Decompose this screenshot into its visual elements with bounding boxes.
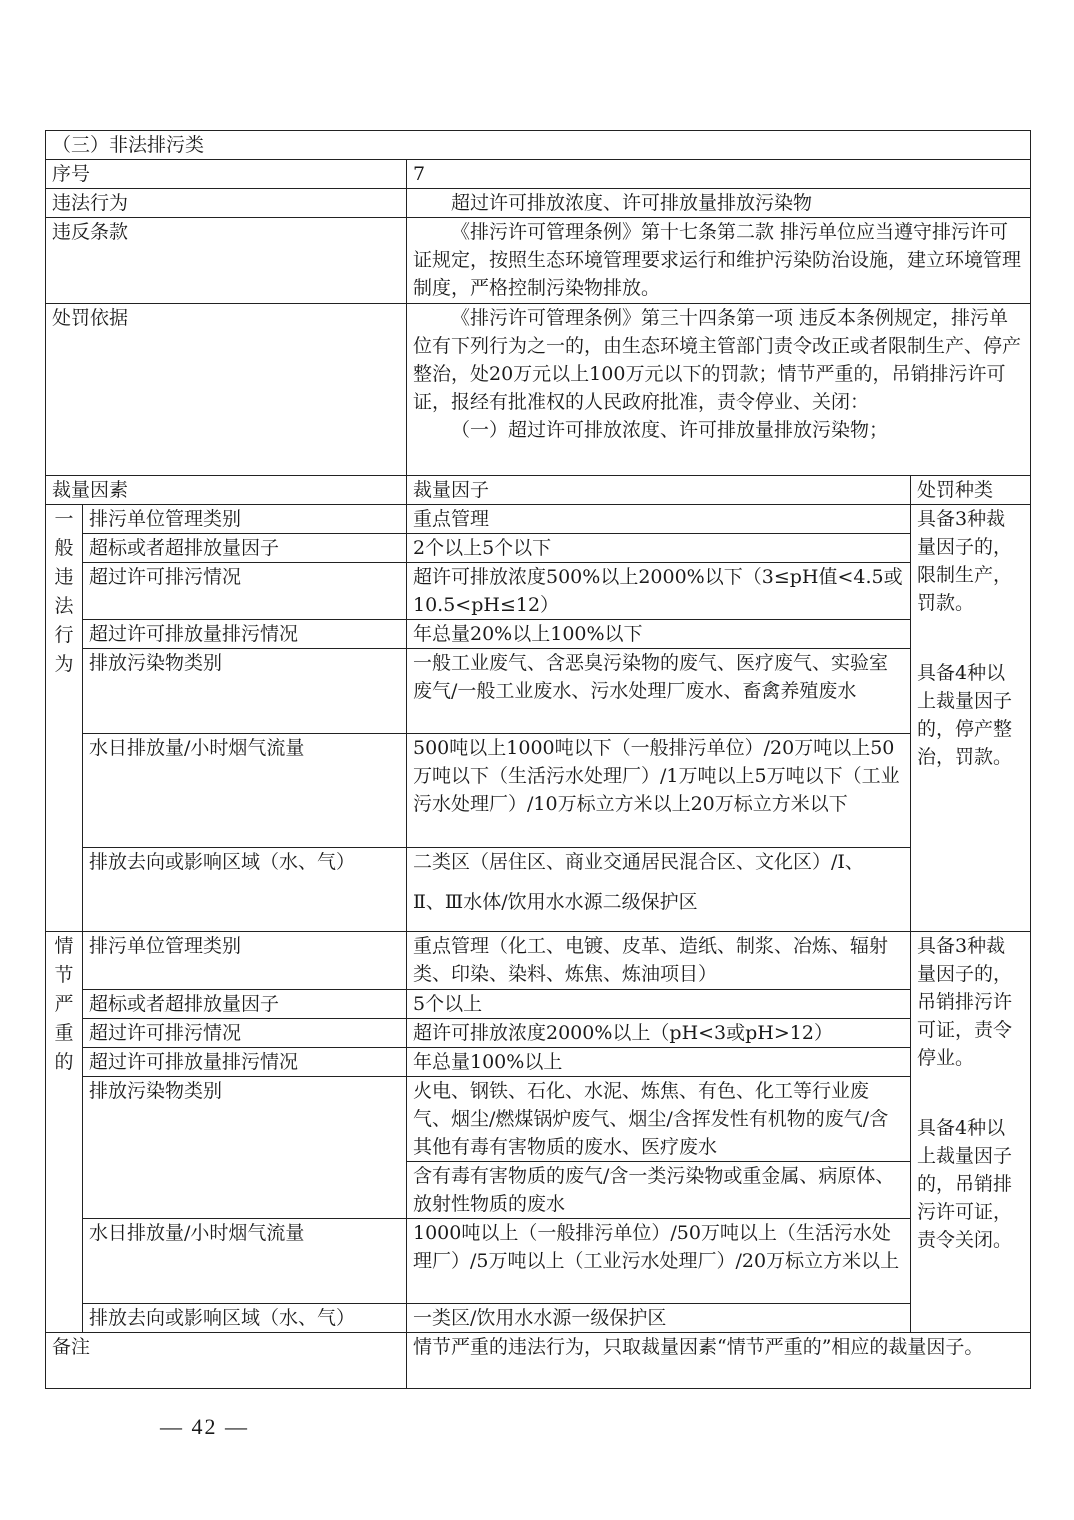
serious-factor: 1000吨以上（一般排污单位）/50万吨以上（生活污水处理厂）/5万吨以上（工业… [407, 1219, 911, 1304]
serious-element: 超标或者超排放量因子 [83, 990, 407, 1019]
general-factor: 一般工业废气、含恶臭污染物的废气、医疗废气、实验室废气/一般工业废水、污水处理厂… [407, 649, 911, 734]
general-factor: 二类区（居住区、商业交通居民混合区、文化区）/Ⅰ、 Ⅱ、Ⅲ水体/饮用水水源二级保… [407, 848, 911, 932]
general-factor-line2: Ⅱ、Ⅲ水体/饮用水水源二级保护区 [413, 888, 904, 916]
general-element: 排放污染物类别 [83, 649, 407, 734]
general-penalty-p1: 具备3种裁量因子的，限制生产，罚款。 [917, 505, 1024, 617]
group-label-general: 一 般 违 法 行 为 [46, 505, 83, 932]
general-factor-line1: 二类区（居住区、商业交通居民混合区、文化区）/Ⅰ、 [413, 848, 904, 876]
violated-clause-value: 《排污许可管理条例》第十七条第二款 排污单位应当遵守排污许可证规定，按照生态环境… [407, 218, 1031, 304]
penalty-basis-label: 处罚依据 [46, 304, 407, 476]
page-number: — 42 — [160, 1414, 249, 1440]
serious-element: 排污单位管理类别 [83, 932, 407, 990]
header-penalty-type: 处罚种类 [911, 476, 1031, 505]
violation-value: 超过许可排放浓度、许可排放量排放污染物 [407, 189, 1031, 218]
general-element: 水日排放量/小时烟气流量 [83, 734, 407, 848]
serious-penalty-p2: 具备4种以上裁量因子的，吊销排污许可证，责令关闭。 [917, 1114, 1024, 1254]
serious-factor: 年总量100%以上 [407, 1048, 911, 1077]
violated-clause-label: 违反条款 [46, 218, 407, 304]
serious-element: 排放污染物类别 [83, 1077, 407, 1219]
general-element: 超标或者超排放量因子 [83, 534, 407, 563]
serial-label: 序号 [46, 160, 407, 189]
serious-factor-b: 含有毒有害物质的废气/含一类污染物或重金属、病原体、放射性物质的废水 [407, 1162, 911, 1219]
general-penalty-p2: 具备4种以上裁量因子的，停产整治，罚款。 [917, 659, 1024, 771]
general-factor: 年总量20%以上100%以下 [407, 620, 911, 649]
serious-element: 水日排放量/小时烟气流量 [83, 1219, 407, 1304]
serious-penalty: 具备3种裁量因子的，吊销排污许可证，责令停业。 具备4种以上裁量因子的，吊销排污… [911, 932, 1031, 1333]
general-penalty: 具备3种裁量因子的，限制生产，罚款。 具备4种以上裁量因子的，停产整治，罚款。 [911, 505, 1031, 932]
penalty-discretion-table: （三）非法排污类 序号 7 违法行为 超过许可排放浓度、许可排放量排放污染物 违… [45, 130, 1031, 1389]
serious-element: 超过许可排污情况 [83, 1019, 407, 1048]
remark-label: 备注 [46, 1333, 407, 1389]
serial-value: 7 [407, 160, 1031, 189]
header-factor-element: 裁量因素 [46, 476, 407, 505]
group-label-serious: 情 节 严 重 的 [46, 932, 83, 1333]
penalty-basis-value: 《排污许可管理条例》第三十四条第一项 违反本条例规定，排污单位有下列行为之一的，… [407, 304, 1031, 476]
serious-element: 超过许可排放量排污情况 [83, 1048, 407, 1077]
general-factor: 500吨以上1000吨以下（一般排污单位）/20万吨以上50万吨以下（生活污水处… [407, 734, 911, 848]
remark-value: 情节严重的违法行为，只取裁量因素“情节严重的”相应的裁量因子。 [407, 1333, 1031, 1389]
penalty-basis-text: 《排污许可管理条例》第三十四条第一项 违反本条例规定，排污单位有下列行为之一的，… [413, 304, 1024, 416]
general-element: 超过许可排放量排污情况 [83, 620, 407, 649]
penalty-basis-item: （一）超过许可排放浓度、许可排放量排放污染物； [413, 416, 1024, 444]
general-factor: 超许可排放浓度500%以上2000%以下（3≤pH值<4.5或10.5<pH≤1… [407, 563, 911, 620]
general-element: 排放去向或影响区域（水、气） [83, 848, 407, 932]
general-factor: 重点管理 [407, 505, 911, 534]
serious-element: 排放去向或影响区域（水、气） [83, 1304, 407, 1333]
header-factor: 裁量因子 [407, 476, 911, 505]
general-factor: 2个以上5个以下 [407, 534, 911, 563]
serious-factor-a: 火电、钢铁、石化、水泥、炼焦、有色、化工等行业废气、烟尘/燃煤锅炉废气、烟尘/含… [407, 1077, 911, 1162]
section-title: （三）非法排污类 [46, 131, 1031, 160]
serious-factor: 一类区/饮用水水源一级保护区 [407, 1304, 911, 1333]
serious-penalty-p1: 具备3种裁量因子的，吊销排污许可证，责令停业。 [917, 932, 1024, 1072]
serious-factor: 5个以上 [407, 990, 911, 1019]
general-element: 排污单位管理类别 [83, 505, 407, 534]
serious-factor: 重点管理（化工、电镀、皮革、造纸、制浆、冶炼、辐射类、印染、染料、炼焦、炼油项目… [407, 932, 911, 990]
serious-factor: 超许可排放浓度2000%以上（pH<3或pH>12） [407, 1019, 911, 1048]
general-element: 超过许可排污情况 [83, 563, 407, 620]
violation-label: 违法行为 [46, 189, 407, 218]
